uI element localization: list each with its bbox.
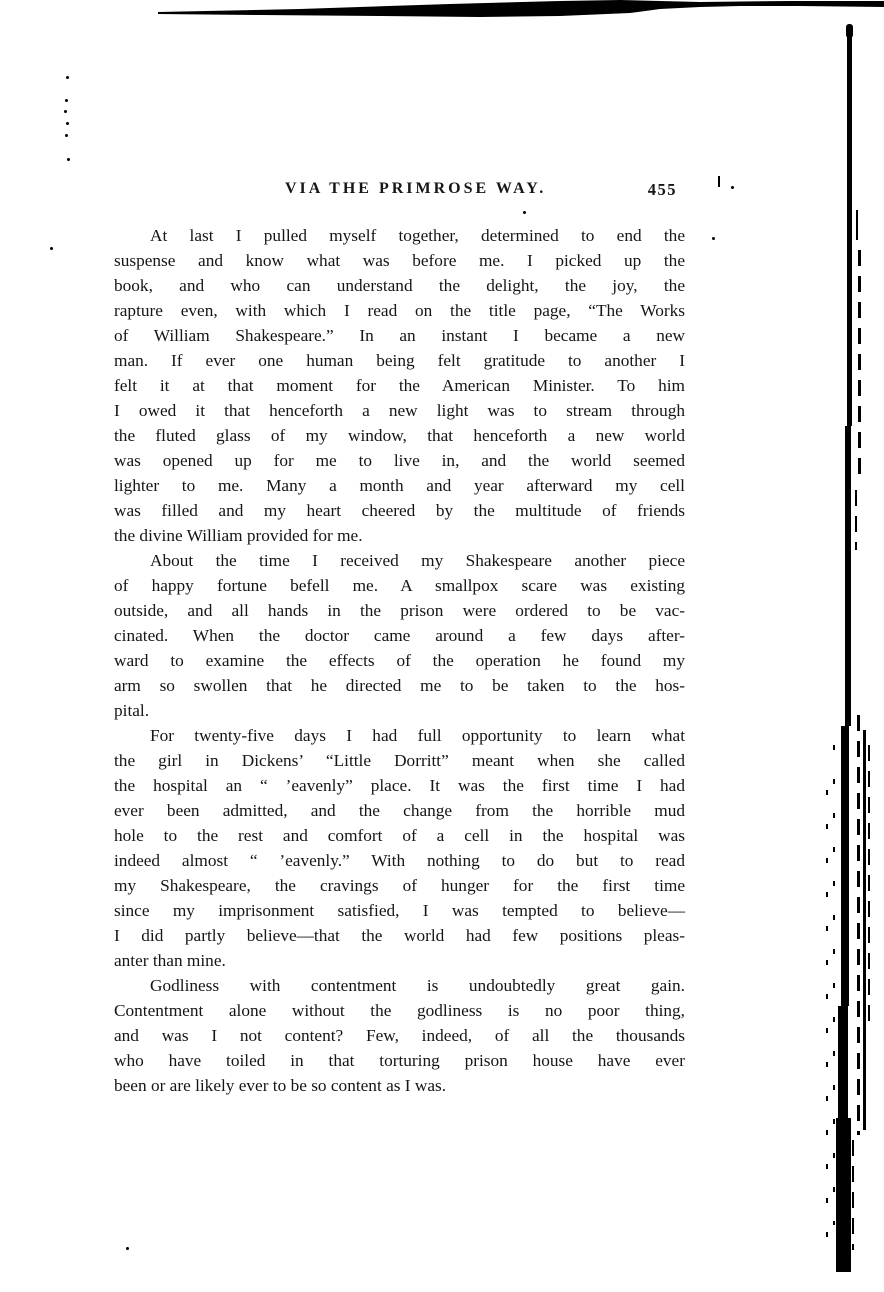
scan-speck bbox=[67, 158, 70, 161]
scan-line-right bbox=[868, 745, 870, 1025]
binding-bar-bottom-right bbox=[836, 1118, 851, 1272]
text-line: outside, and all hands in the prison wer… bbox=[114, 598, 685, 623]
text-line: lighter to me. Many a month and year aft… bbox=[114, 473, 685, 498]
text-line: ward to examine the effects of the opera… bbox=[114, 648, 685, 673]
body-text: At last I pulled myself together, determ… bbox=[114, 223, 685, 1098]
text-line: was opened up for me to live in, and the… bbox=[114, 448, 685, 473]
scan-tick bbox=[718, 176, 720, 187]
scan-speck bbox=[523, 211, 526, 214]
text-line: arm so swollen that he directed me to be… bbox=[114, 673, 685, 698]
text-line: the hospital an “ ’eavenly” place. It wa… bbox=[114, 773, 685, 798]
paragraph: About the time I received my Shakespeare… bbox=[114, 548, 685, 723]
text-line: and was I not content? Few, indeed, of a… bbox=[114, 1023, 685, 1048]
text-line: was filled and my heart cheered by the m… bbox=[114, 498, 685, 523]
scan-speck bbox=[64, 110, 67, 113]
binding-line-right bbox=[838, 1006, 848, 1118]
text-line: who have toiled in that torturing prison… bbox=[114, 1048, 685, 1073]
scan-line-right bbox=[855, 490, 857, 550]
text-line: For twenty-five days I had full opportun… bbox=[114, 723, 685, 748]
text-line: the divine William provided for me. bbox=[114, 523, 685, 548]
scan-speck bbox=[66, 76, 69, 79]
text-line: man. If ever one human being felt gratit… bbox=[114, 348, 685, 373]
text-line: book, and who can understand the delight… bbox=[114, 273, 685, 298]
scan-dots-right bbox=[833, 745, 835, 1225]
text-line: Contentment alone without the godliness … bbox=[114, 998, 685, 1023]
page-number: 455 bbox=[648, 180, 677, 200]
page-title: VIA THE PRIMROSE WAY. bbox=[285, 180, 546, 198]
text-line: anter than mine. bbox=[114, 948, 685, 973]
text-line: my Shakespeare, the cravings of hunger f… bbox=[114, 873, 685, 898]
text-line: been or are likely ever to be so content… bbox=[114, 1073, 685, 1098]
paragraph: Godliness with contentment is undoubtedl… bbox=[114, 973, 685, 1098]
text-line: At last I pulled myself together, determ… bbox=[114, 223, 685, 248]
scanned-book-page: VIA THE PRIMROSE WAY. 455 At last I pull… bbox=[0, 0, 884, 1292]
scan-speck bbox=[50, 247, 53, 250]
running-header: VIA THE PRIMROSE WAY. 455 bbox=[114, 180, 685, 202]
scan-speck bbox=[65, 99, 68, 102]
text-line: since my imprisonment satisfied, I was t… bbox=[114, 898, 685, 923]
text-line: cinated. When the doctor came around a f… bbox=[114, 623, 685, 648]
text-line: pital. bbox=[114, 698, 685, 723]
text-line: About the time I received my Shakespeare… bbox=[114, 548, 685, 573]
text-line: of happy fortune befell me. A smallpox s… bbox=[114, 573, 685, 598]
scan-speck bbox=[712, 237, 715, 240]
text-line: the girl in Dickens’ “Little Dorritt” me… bbox=[114, 748, 685, 773]
scan-smudge-top bbox=[0, 0, 884, 42]
scan-dots-right bbox=[826, 790, 828, 1240]
binding-line-right bbox=[841, 726, 849, 1006]
paragraph: For twenty-five days I had full opportun… bbox=[114, 723, 685, 973]
text-line: the fluted glass of my window, that henc… bbox=[114, 423, 685, 448]
paragraph: At last I pulled myself together, determ… bbox=[114, 223, 685, 548]
scan-line-right bbox=[856, 210, 858, 240]
binding-line-right bbox=[847, 36, 852, 426]
text-line: indeed almost “ ’eavenly.” With nothing … bbox=[114, 848, 685, 873]
binding-line-right bbox=[845, 426, 851, 726]
text-line: felt it at that moment for the American … bbox=[114, 373, 685, 398]
text-line: of William Shakespeare.” In an instant I… bbox=[114, 323, 685, 348]
text-line: ever been admitted, and the change from … bbox=[114, 798, 685, 823]
scan-line-right bbox=[852, 1140, 854, 1250]
scan-line-right bbox=[863, 730, 866, 1130]
text-line: I owed it that henceforth a new light wa… bbox=[114, 398, 685, 423]
scan-speck bbox=[126, 1247, 129, 1250]
scan-speck bbox=[731, 186, 734, 189]
text-line: I did partly believe—that the world had … bbox=[114, 923, 685, 948]
scan-speck bbox=[65, 134, 68, 137]
text-line: suspense and know what was before me. I … bbox=[114, 248, 685, 273]
scan-line-right bbox=[857, 715, 860, 1135]
text-line: Godliness with contentment is undoubtedl… bbox=[114, 973, 685, 998]
scan-line-right bbox=[858, 250, 861, 480]
text-line: hole to the rest and comfort of a cell i… bbox=[114, 823, 685, 848]
text-line: rapture even, with which I read on the t… bbox=[114, 298, 685, 323]
scan-speck bbox=[66, 122, 69, 125]
